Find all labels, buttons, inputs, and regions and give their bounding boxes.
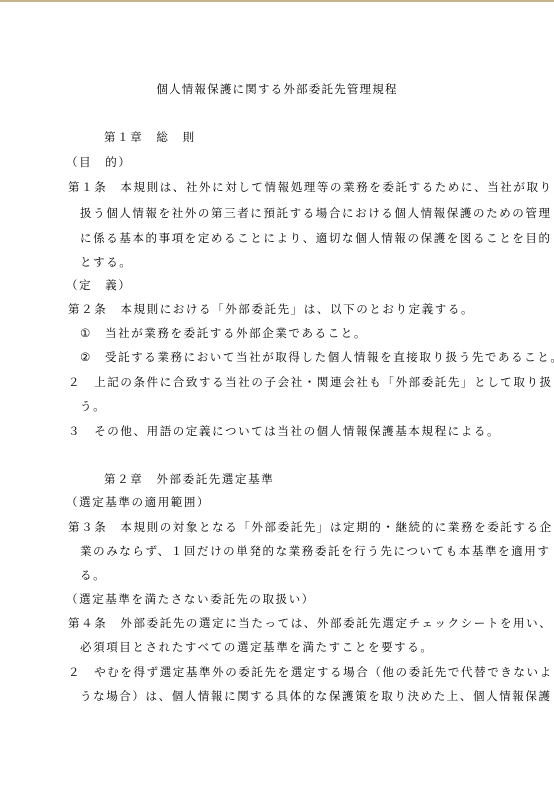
document-line: ② 受託する業務において当社が取得した個人情報を直接取り扱う先であること。 [80,350,554,364]
document-line: 第１章 総 則 [104,130,196,144]
document-line: （定 義） [66,278,132,292]
document-line: （選定基準を満たさない委託先の取扱い） [66,592,315,606]
document-line: に係る基本的事項を定めることにより、適切な個人情報の保護を図ることを目的 [80,231,552,245]
document-line: ２ やむを得ず選定基準外の委託先を選定する場合（他の委託先で代替できないよ [68,665,553,679]
document-line: （選定基準の適用範囲） [66,495,210,509]
document-line: ３ その他、用語の定義については当社の個人情報保護基本規程による。 [68,424,500,438]
document-title: 個人情報保護に関する外部委託先管理規程 [0,82,554,96]
window-top-border [0,0,554,2]
document-line: う。 [80,399,106,413]
document-line: ① 当社が業務を委託する外部企業であること。 [80,326,367,340]
document-line: 扱う個人情報を社外の第三者に預託する場合における個人情報保護のための管理 [80,206,552,220]
document-line: 第２章 外部委託先選定基準 [104,472,274,486]
document-line: 第４条 外部委託先の選定に当たっては、外部委託先選定チェックシートを用い、 [68,616,552,630]
document-line: 第２条 本規則における「外部委託先」は、以下のとおり定義する。 [68,302,474,316]
document-line: 第３条 本規則の対象となる「外部委託先」は定期的・継続的に業務を委託する企 [68,520,553,534]
document-line: ２ 上記の条件に合致する当社の子会社・関連会社も「外部委託先」として取り扱 [68,375,553,389]
document-line: うな場合）は、個人情報に関する具体的な保護策を取り決めた上、個人情報保護 [80,689,552,703]
document-line: る。 [80,568,106,582]
document-line: 業のみならず、１回だけの単発的な業務委託を行う先についても本基準を適用す [80,544,550,558]
document-line: （目 的） [66,155,132,169]
document-line: 第１条 本規則は、社外に対して情報処理等の業務を委託するために、当社が取り [68,180,553,194]
document-line: とする。 [80,255,132,269]
document-line: 必須項目とされたすべての選定基準を満たすことを要する。 [80,640,433,654]
